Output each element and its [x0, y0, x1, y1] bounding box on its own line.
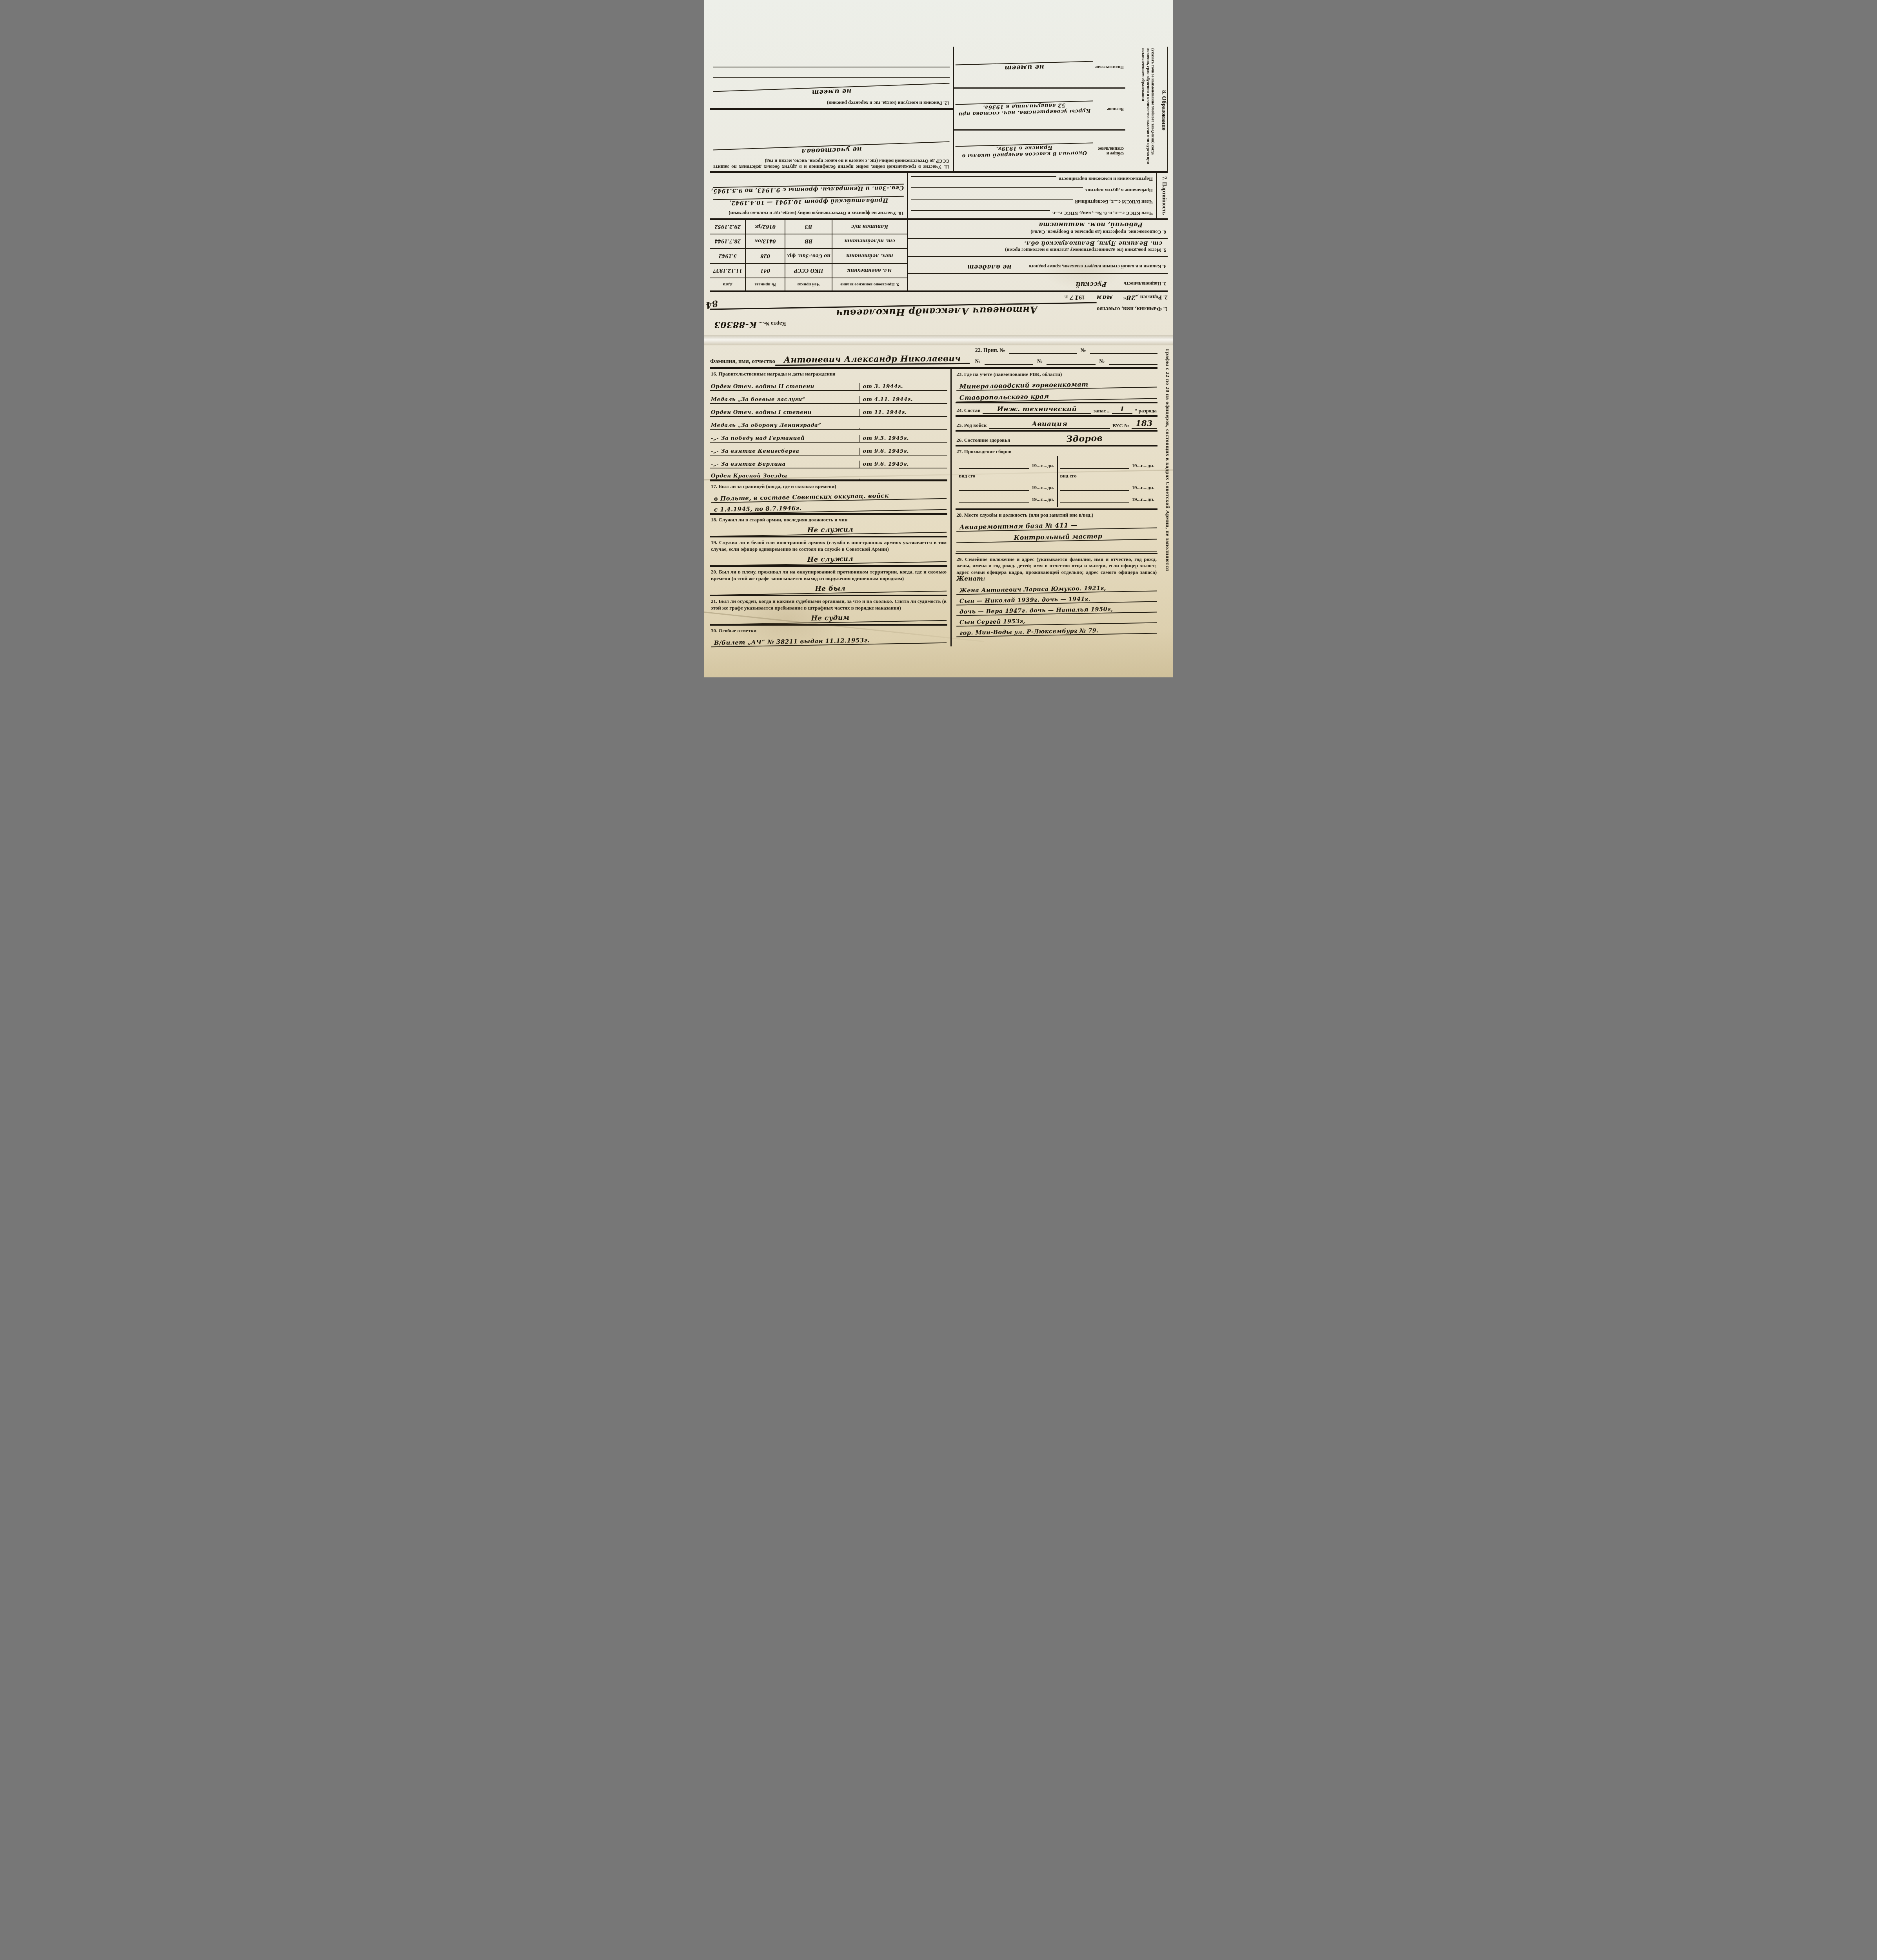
- field-21-label: 21. Был ли осужден, когда и какими судеб…: [711, 598, 947, 611]
- field-22-label: 22. Прип. №: [975, 348, 1005, 354]
- field-24-value: Инж. технический: [983, 405, 1091, 414]
- education-row-political: Политическое не имеет: [954, 47, 1125, 87]
- fio-label: Фамилия, имя, отчество: [710, 358, 775, 365]
- blank-line: [911, 176, 1056, 181]
- field-24-zapas-label: запас „: [1094, 408, 1110, 414]
- blank-line: [959, 486, 1029, 491]
- award-name: Медаль „За оборону Ленинграда“: [710, 422, 859, 429]
- field-26-value: Здоров: [1012, 431, 1157, 446]
- field-27-label: 27. Прохождение сборов: [956, 448, 1157, 455]
- field-9-rank-table: 9. Присвоено воинское звание Чей приказ …: [710, 220, 907, 290]
- order-no-cell: 0413/ок: [745, 234, 785, 249]
- blank-line: [911, 187, 1083, 193]
- education-row-value: Курсы усовершенств. нач. состава при 52 …: [955, 100, 1093, 117]
- field-1-label: 1. Фамилия, имя, отчество: [1097, 305, 1168, 312]
- rank-table-header-order-no: № приказа: [745, 278, 785, 290]
- card-bottom-half: Фамилия, имя, отчество Антоневич Алексан…: [704, 345, 1173, 677]
- field-20-captivity: 20. Был ли в плену, проживал ли на оккуп…: [710, 567, 947, 596]
- field-18-value: Не служил: [711, 524, 947, 537]
- field-5-value: ст. Великие Луки, Великолукской обл.: [1024, 240, 1162, 247]
- field-7-party: 7. Партийность Член КПСС с....г., п. б. …: [907, 173, 1168, 218]
- number-sign: №: [975, 359, 981, 365]
- education-row-value: Окончил 8 классов вечерней школы в Брянс…: [955, 142, 1093, 159]
- rank-row: Капитан т/с ВЗ 0162/ук 29.2.1952: [710, 220, 907, 234]
- field-21-convictions: 21. Был ли осужден, когда и какими судеб…: [710, 596, 947, 626]
- field-29-children-1: Сын — Николай 1939г. дочь — 1941г.: [956, 594, 1157, 605]
- field-23-label: 23. Где на учете (наименование РВК, обла…: [956, 371, 1157, 378]
- order-by-cell: ВВ: [785, 234, 832, 249]
- blank-line: [1109, 360, 1157, 365]
- training-column-2: 19...г....дн. вид его 19...г....дн. 19..…: [1057, 456, 1157, 507]
- scanned-registration-card: Карта №.... К-88303 84 1. Фамилия, имя, …: [704, 0, 1173, 677]
- order-no-cell: 028: [745, 249, 785, 263]
- field-6-label: 6. Соцположение, профессия (до призыва в…: [1030, 229, 1166, 235]
- field-17-value-1: в Польше, в составе Советских оккупац. в…: [711, 491, 947, 503]
- field-2-month: мая: [1096, 294, 1113, 301]
- blank-line: [1060, 498, 1130, 503]
- blank-line: [1060, 486, 1130, 491]
- date-cell: 29.2.1952: [710, 220, 745, 234]
- field-26-label: 26. Состояние здоровья: [956, 437, 1010, 444]
- training-cell: 19...г....дн.: [1132, 485, 1154, 491]
- field-11-label: 11. Участие в гражданской войне, войне п…: [713, 158, 950, 170]
- award-name: -„- За взятие Берлина: [710, 461, 859, 468]
- field-18-label: 18. Служил ли в старой армии, последняя …: [711, 517, 947, 523]
- award-row: Орден Отеч. войны I степени от 11. 1944г…: [710, 404, 947, 417]
- date-cell: 28.7.1944: [710, 234, 745, 249]
- award-date: от 9.5. 1945г.: [859, 435, 947, 442]
- award-date: [859, 479, 947, 479]
- field-17-value-2: с 1.4.1945, по 8.7.1946г.: [711, 502, 947, 514]
- award-date: от 4.11. 1944г.: [859, 396, 947, 403]
- award-name: -„- За взятие Кенигсберга: [710, 448, 859, 455]
- field-24-label: 24. Состав: [956, 407, 980, 414]
- blank-line: [1090, 349, 1157, 354]
- field-2-year: 17: [1069, 294, 1079, 301]
- field-25-label: 25. Род войск: [956, 422, 987, 429]
- card-top-half-rotated: Карта №.... К-88303 84 1. Фамилия, имя, …: [704, 0, 1173, 335]
- field-20-value: Не был: [711, 583, 947, 595]
- quote-mark: “: [1123, 294, 1126, 300]
- field-10-label: 10. Участие на фронтах в Отечественную в…: [729, 211, 903, 216]
- card-number-label: Карта №....: [758, 320, 786, 326]
- education-row-label: Политическое: [1093, 65, 1124, 69]
- field-5-birthplace: 5. Место рождения (по административному …: [908, 238, 1168, 256]
- field-28-workplace: 28. Место службы и должность (или род за…: [956, 510, 1157, 554]
- field-30-value: В/билет „АЧ“ № 38211 выдан 11.12.1953г.: [711, 635, 947, 647]
- rank-cell: ст. т/лейтенант: [832, 234, 907, 249]
- award-row: -„- За взятие Берлина от 9.6. 1945г.: [710, 456, 947, 468]
- field-11-civil-war: 11. Участие в гражданской войне, войне п…: [710, 108, 953, 171]
- field-22-assignment: 22. Прип. № № № № №: [970, 348, 1157, 365]
- training-cell: 19...г....дн.: [1132, 496, 1154, 503]
- award-name: Орден Отеч. войны I степени: [710, 409, 859, 416]
- field-2-born: 2. Родился „28“ мая 1917 г.: [710, 290, 1168, 301]
- field-30-special-notes: 30. Особые отметки В/билет „АЧ“ № 38211 …: [710, 626, 947, 646]
- training-column-1: 19...г....дн. вид его 19...г....дн. 19..…: [956, 456, 1056, 507]
- number-sign: №: [1081, 348, 1086, 354]
- field-17-abroad: 17. Был ли за границей (когда, где и ско…: [710, 481, 947, 515]
- field-1-value: Антоневич Александр Николаевич: [710, 302, 1097, 321]
- blank-line: [959, 464, 1029, 469]
- field-29-children-3: Сын Сергей 1953г,: [956, 615, 1157, 626]
- award-date: от 9.6. 1945г.: [859, 461, 947, 468]
- order-by-cell: ВЗ: [785, 220, 832, 234]
- field-17-label: 17. Был ли за границей (когда, где и ско…: [711, 483, 947, 490]
- blank-line: [1047, 360, 1095, 365]
- field-29-married: Женат:: [956, 575, 985, 582]
- fold-crease: [704, 335, 1173, 345]
- field-25-vus-value: 183: [1132, 419, 1157, 429]
- rank-row: тех. лейтенант по Сев.-Зап. фр. 028 5.19…: [710, 249, 907, 263]
- party-kpss-line: Член КПСС с....г., п. б. №..., канд. КПС…: [1052, 210, 1153, 216]
- blank-line: [959, 498, 1029, 503]
- field-29-label: 29. Семейное положение и адрес (указывае…: [956, 556, 1157, 575]
- field-10-value-2: Сев.-Зап. и Центральн. фронты с 9.1943, …: [713, 184, 904, 194]
- education-row-value: не имеет: [955, 61, 1093, 73]
- field-10-fronts: 10. Участие на фронтах в Отечественную в…: [710, 173, 907, 218]
- education-row-label: Общее и специальное: [1093, 146, 1124, 156]
- rank-row: мл. воентехник НКО СССР 041 11.12.1937: [710, 263, 907, 278]
- date-cell: 11.12.1937: [710, 263, 745, 278]
- blank-line: [1009, 349, 1077, 354]
- party-vlksm-line: Член ВЛКСМ с....г., Беспартийный: [1075, 199, 1153, 205]
- field-25-vus-label: ВУС №: [1112, 423, 1129, 429]
- blank-line: [985, 360, 1033, 365]
- field-4-label: 4. Какими и в какой степени владеет язык…: [1029, 264, 1166, 269]
- field-30-label: 30. Особые отметки: [711, 628, 947, 634]
- blank-line: [911, 210, 1050, 216]
- blank-line: [713, 67, 950, 77]
- party-other-line: Пребывание в других партиях: [1085, 187, 1153, 193]
- order-by-cell: НКО СССР: [785, 263, 832, 278]
- party-changes-line: Партвзыскания и изменения партийности: [1059, 176, 1153, 182]
- rank-table-header-order-by: Чей приказ: [785, 278, 832, 290]
- field-27-training: 27. Прохождение сборов 19...г....дн. вид…: [956, 446, 1157, 510]
- award-name: -„- За победу над Германией: [710, 435, 859, 442]
- award-name: Орден Красной Звезды: [710, 472, 859, 479]
- field-21-value: Не судим: [711, 612, 947, 625]
- field-8-note: (указать точное наименование учебного за…: [1125, 47, 1155, 171]
- training-cell: 19...г....дн.: [1032, 463, 1054, 469]
- award-row: -„- За взятие Кенигсберга от 9.6. 1945г.: [710, 443, 947, 456]
- education-row-general: Общее и специальное Окончил 8 классов ве…: [954, 129, 1125, 171]
- field-25-service-branch: 25. Род войск Авиация ВУС № 183: [956, 417, 1157, 432]
- field-2-day: 28: [1126, 294, 1136, 301]
- field-2-label: 2. Родился „: [1136, 294, 1168, 300]
- fio-value: Антоневич Александр Николаевич: [775, 353, 970, 366]
- field-19-value: Не служил: [711, 554, 947, 566]
- field-18-old-army: 18. Служил ли в старой армии, последняя …: [710, 515, 947, 538]
- field-5-label: 5. Место рождения (по административному …: [1005, 247, 1166, 253]
- field-20-label: 20. Был ли в плену, проживал ли на оккуп…: [711, 569, 947, 582]
- field-3-label: 3. Национальность: [1124, 281, 1166, 287]
- field-10-value-1: Прибалтийский фронт 10.1941 — 10.4.1942,: [713, 196, 904, 207]
- rank-cell: мл. воентехник: [832, 263, 907, 278]
- award-date: от 9.6. 1945г.: [859, 448, 947, 455]
- field-19-white-army: 19. Служил ли в белой или иностранной ар…: [710, 537, 947, 567]
- field-26-health: 26. Состояние здоровья Здоров: [956, 432, 1157, 446]
- education-row-military: Военное Курсы усовершенств. нач. состава…: [954, 87, 1125, 129]
- rank-table-header-rank: 9. Присвоено воинское звание: [832, 278, 907, 290]
- field-12-wounds: 12. Ранения и контузии (когда, где и хар…: [710, 47, 953, 108]
- award-name: Орден Отеч. войны II степени: [710, 383, 859, 390]
- training-cell: 19...г....дн.: [1032, 496, 1054, 503]
- field-29-family: 29. Семейное положение и адрес (указывае…: [956, 554, 1157, 637]
- order-by-cell: по Сев.-Зап. фр.: [785, 249, 832, 263]
- number-sign: №: [1099, 359, 1105, 365]
- field-28-label: 28. Место службы и должность (или род за…: [956, 512, 1157, 519]
- field-3-value: Русский: [1076, 281, 1107, 288]
- field-6-value: Рабочий, пом. машиниста: [1039, 221, 1143, 229]
- field-23-value-2: Ставропольского края: [956, 390, 1157, 402]
- blank-line: [956, 541, 1157, 552]
- field-4-value: не владеет: [967, 263, 1011, 271]
- order-no-cell: 0162/ук: [745, 220, 785, 234]
- rank-row: ст. т/лейтенант ВВ 0413/ок 28.7.1944: [710, 234, 907, 249]
- field-23-value-1: Минераловодский горвоенкомат: [956, 379, 1157, 391]
- field-4-languages: 4. Какими и в какой степени владеет язык…: [908, 256, 1168, 273]
- award-row: Орден Отеч. войны II степени от 3. 1944г…: [710, 378, 947, 391]
- field-2-century: 19: [1079, 294, 1085, 300]
- field-8-education: 8. Образование (указать точное наименова…: [953, 47, 1168, 171]
- field-8-side-label: 8. Образование: [1155, 47, 1167, 171]
- field-19-label: 19. Служил ли в белой или иностранной ар…: [711, 539, 947, 552]
- award-date: от 3. 1944г.: [859, 383, 947, 390]
- award-row: -„- За победу над Германией от 9.5. 1945…: [710, 430, 947, 443]
- training-cell: 19...г....дн.: [1032, 485, 1054, 491]
- award-date: от 11. 1944г.: [859, 409, 947, 416]
- award-name: Медаль „За боевые заслуги“: [710, 396, 859, 403]
- rank-cell: тех. лейтенант: [832, 249, 907, 263]
- number-sign: №: [1037, 359, 1043, 365]
- field-25-value: Авиация: [989, 420, 1110, 429]
- right-margin-note: Графы с 22 по 28 на офицеров, состоящих …: [1165, 349, 1171, 670]
- field-28-value-1: Авиаремонтная база № 411 —: [956, 520, 1157, 532]
- field-29-wife: Жена Антоневич Лариса Юмуков. 1921г,: [956, 584, 1157, 595]
- date-cell: 5.1942: [710, 249, 745, 263]
- field-23-registration: 23. Где на учете (наименование РВК, обла…: [956, 369, 1157, 403]
- award-row: Медаль „За боевые заслуги“ от 4.11. 1944…: [710, 391, 947, 404]
- training-type-label: вид его: [1060, 473, 1154, 479]
- field-24-composition: 24. Состав Инж. технический запас „ 1 “ …: [956, 403, 1157, 417]
- field-16-label: 16. Правительственные награды и даты наг…: [710, 369, 947, 378]
- field-6-profession: 6. Соцположение, профессия (до призыва в…: [908, 220, 1168, 238]
- training-cell: 19...г....дн.: [1132, 463, 1154, 469]
- field-7-side-label: 7. Партийность: [1156, 173, 1168, 218]
- field-29-children-2: дочь — Вера 1947г. дочь — Наталья 1950г,: [956, 605, 1157, 616]
- field-24-razryad-suffix: “ разряда: [1135, 408, 1157, 414]
- field-12-label: 12. Ранения и контузии (когда, где и хар…: [827, 100, 950, 106]
- blank-line: [1060, 464, 1130, 469]
- field-29-address: гор. Мин-Воды ул. Р-Люксембург № 79.: [956, 626, 1157, 637]
- rank-cell: Капитан т/с: [832, 220, 907, 234]
- training-type-label: вид его: [959, 473, 1054, 479]
- order-no-cell: 041: [745, 263, 785, 278]
- blank-line: [911, 199, 1073, 204]
- fio-strip: Фамилия, имя, отчество Антоневич Алексан…: [710, 348, 1157, 369]
- field-3-nationality: 3. Национальность Русский: [908, 273, 1168, 290]
- field-2-year-suffix: г.: [1064, 294, 1068, 300]
- field-24-razryad-value: 1: [1112, 405, 1132, 414]
- award-row: Медаль „За оборону Ленинграда“: [710, 417, 947, 430]
- field-1-name: 1. Фамилия, имя, отчество Антоневич Алек…: [710, 305, 1168, 318]
- rank-table-header-date: Дата: [710, 278, 745, 290]
- field-11-value: не участвовал: [713, 141, 950, 158]
- award-row: Орден Красной Звезды: [710, 468, 947, 481]
- education-row-label: Военное: [1093, 107, 1124, 111]
- award-date: [859, 428, 947, 429]
